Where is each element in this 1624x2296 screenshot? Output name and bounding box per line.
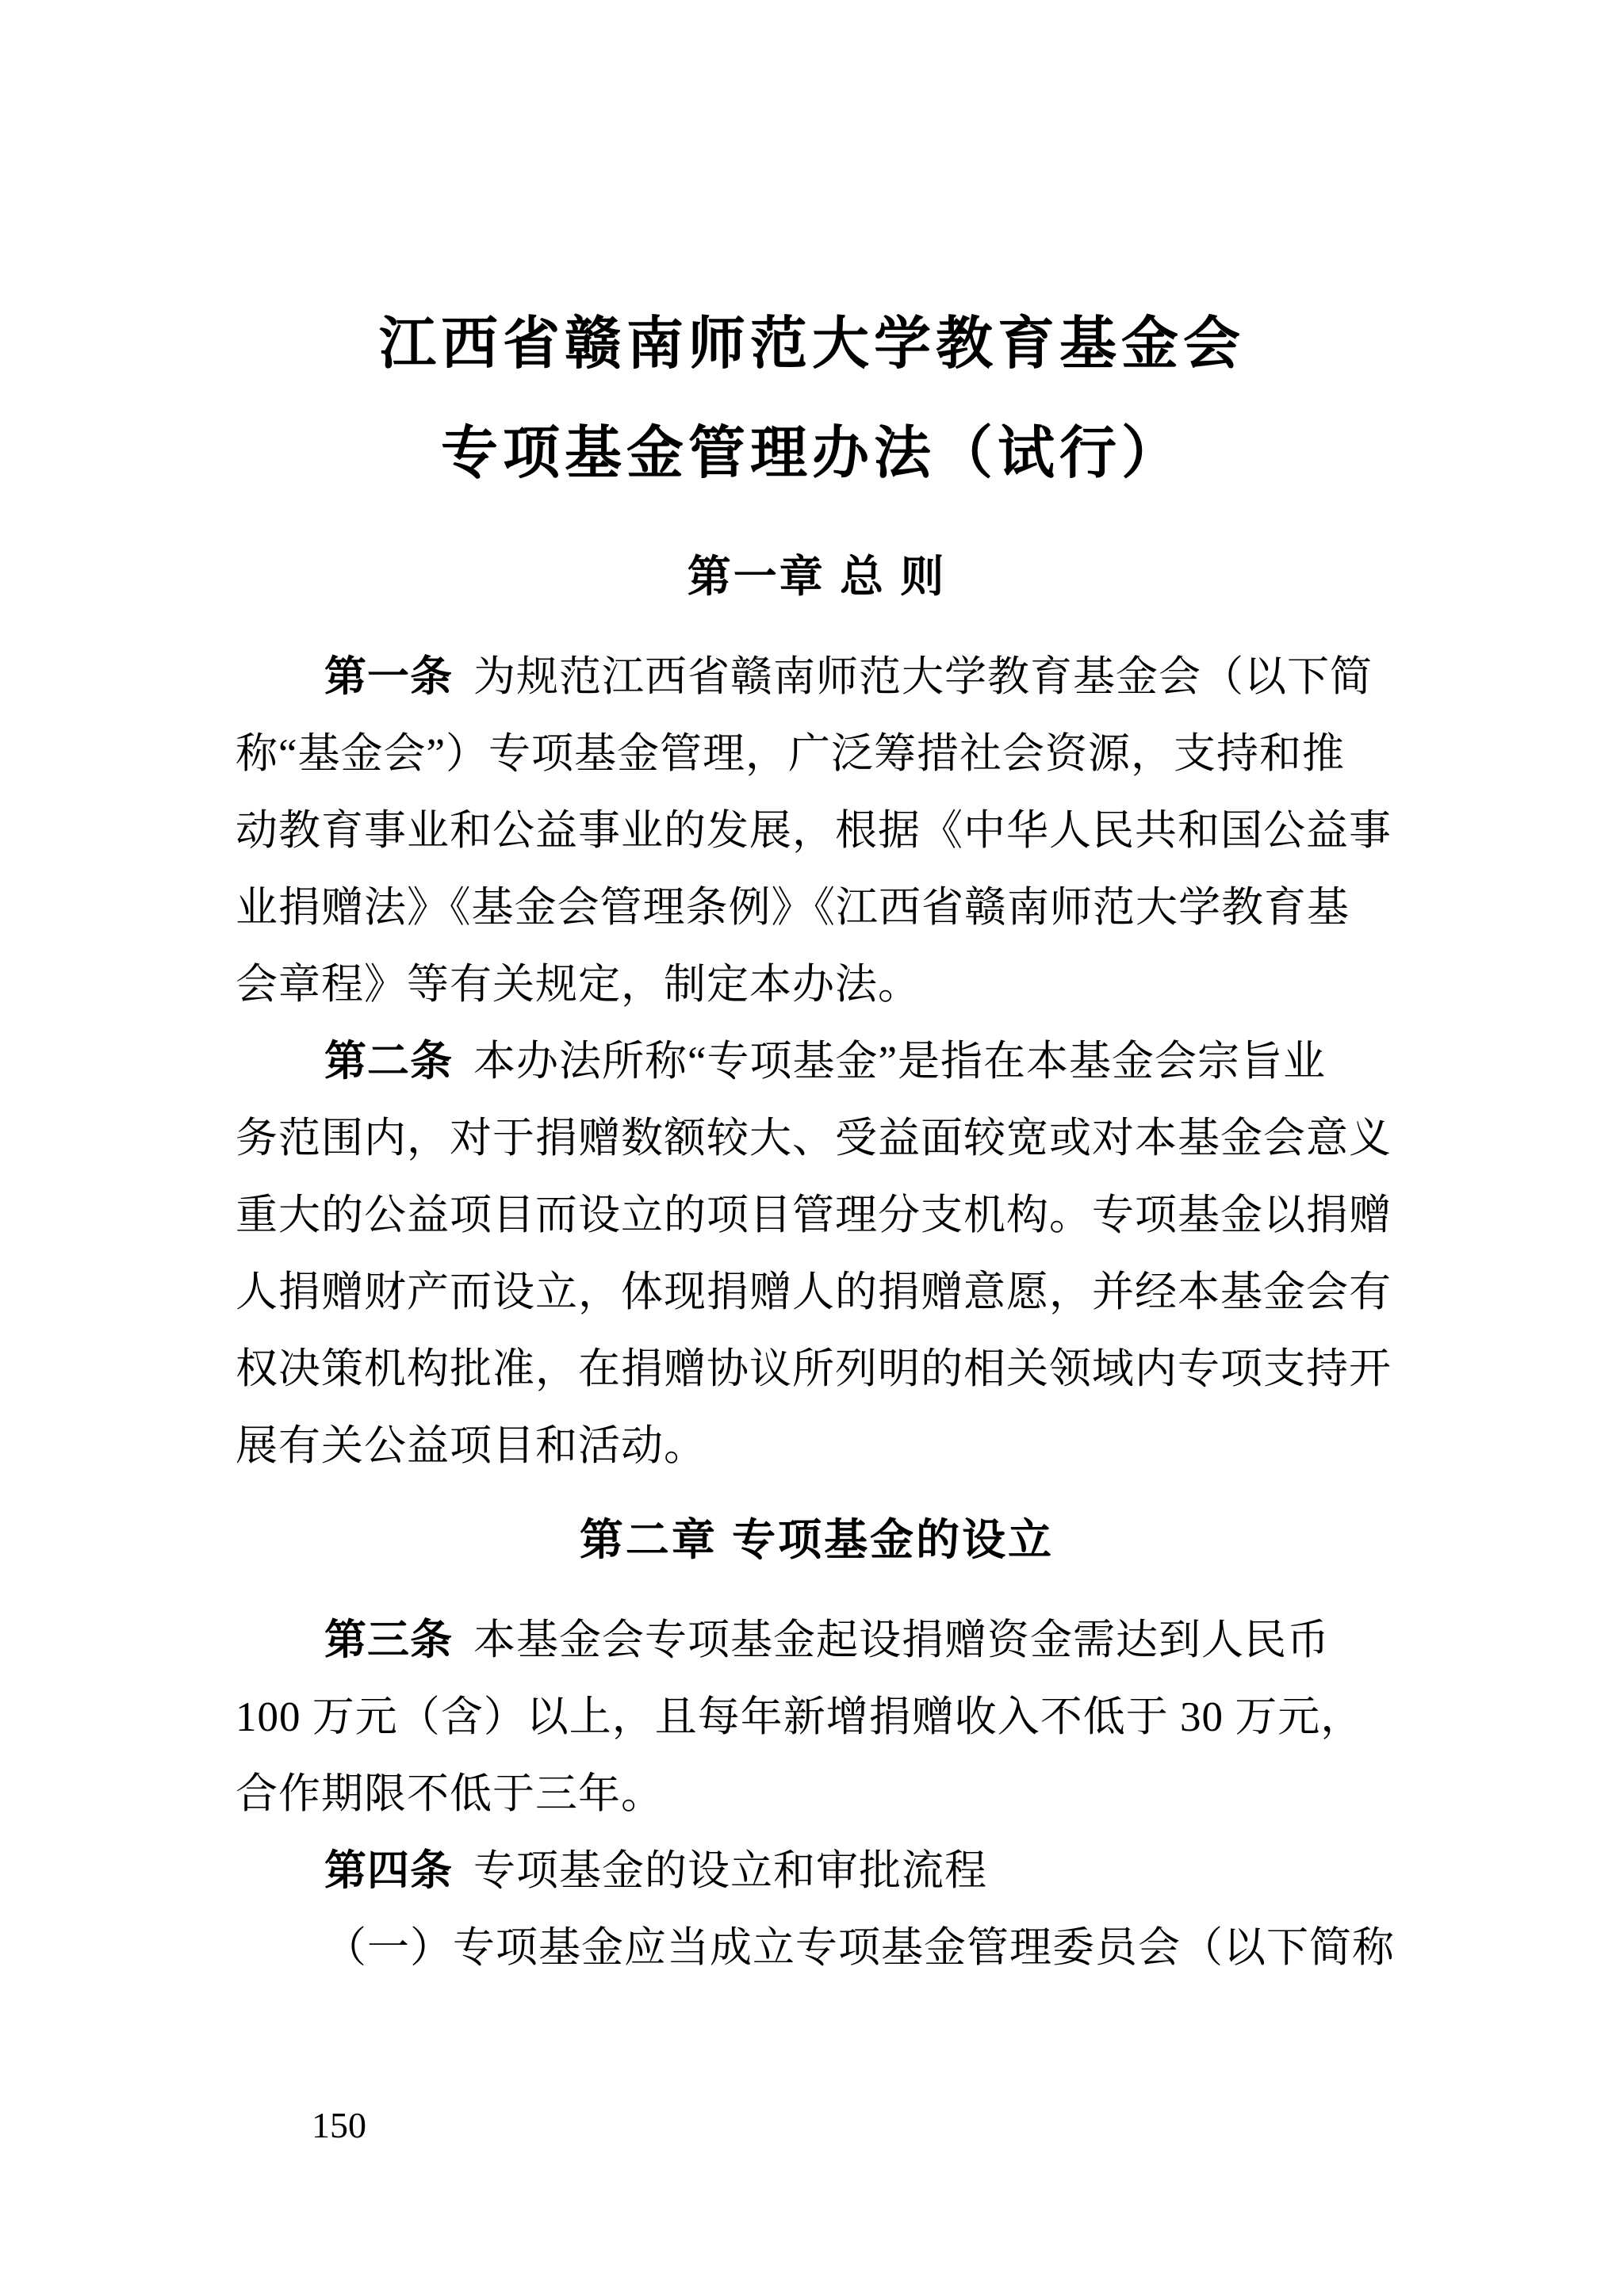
body-line: 展有关公益项目和活动。 (236, 1408, 1398, 1485)
body-line: 第一条为规范江西省赣南师范大学教育基金会（以下简 (236, 639, 1398, 716)
article-number-label: 第四条 (324, 1848, 453, 1894)
article-number-label: 第一条 (324, 654, 453, 700)
document-page: 江西省赣南师范大学教育基金会 专项基金管理办法（试行） 第一章 总 则第一条为规… (0, 0, 1624, 2296)
body-line: 第三条本基金会专项基金起设捐赠资金需达到人民币 (236, 1602, 1398, 1679)
body-line: 务范围内，对于捐赠数额较大、受益面较宽或对本基金会意义 (236, 1100, 1398, 1177)
body-line: （一）专项基金应当成立专项基金管理委员会（以下简称 (236, 1910, 1398, 1987)
article-number-label: 第二条 (324, 1039, 453, 1085)
body-line: 动教育事业和公益事业的发展，根据《中华人民共和国公益事 (236, 793, 1398, 870)
document-title-line-2: 专项基金管理办法（试行） (0, 419, 1624, 488)
body-line: 会章程》等有关规定，制定本办法。 (236, 947, 1398, 1024)
body-line: 业捐赠法》《基金会管理条例》《江西省赣南师范大学教育基 (236, 870, 1398, 947)
body-line: 第四条专项基金的设立和审批流程 (236, 1833, 1398, 1910)
chapter-heading: 第二章 专项基金的设立 (236, 1511, 1398, 1568)
chapter-heading: 第一章 总 则 (236, 548, 1398, 605)
body-line: 人捐赠财产而设立，体现捐赠人的捐赠意愿，并经本基金会有 (236, 1254, 1398, 1331)
document-body: 第一章 总 则第一条为规范江西省赣南师范大学教育基金会（以下简称“基金会”）专项… (236, 548, 1398, 1987)
article-number-label: 第三条 (324, 1617, 453, 1663)
body-line: 权决策机构批准，在捐赠协议所列明的相关领域内专项支持开 (236, 1331, 1398, 1408)
page-number: 150 (312, 2103, 366, 2149)
body-line: 重大的公益项目而设立的项目管理分支机构。专项基金以捐赠 (236, 1177, 1398, 1254)
body-line: 合作期限不低于三年。 (236, 1756, 1398, 1833)
body-line: 100 万元（含）以上，且每年新增捐赠收入不低于 30 万元， (236, 1679, 1398, 1756)
body-line: 称“基金会”）专项基金管理，广泛筹措社会资源，支持和推 (236, 716, 1398, 793)
document-title-line-1: 江西省赣南师范大学教育基金会 (0, 309, 1624, 379)
body-line: 第二条本办法所称“专项基金”是指在本基金会宗旨业 (236, 1024, 1398, 1100)
